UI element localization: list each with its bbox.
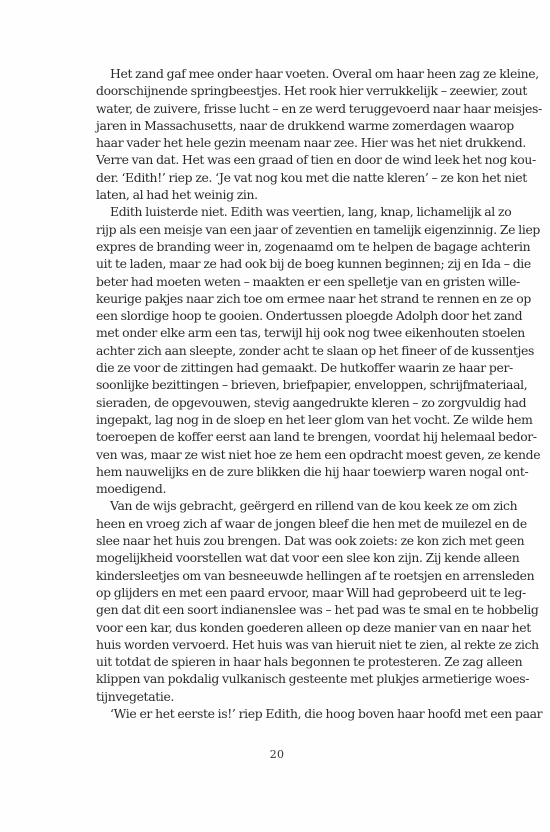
text-line: soonlijke bezittingen – brieven, briefpa… [96, 376, 472, 393]
text-line: jaren in Massachusetts, naar de drukkend… [96, 117, 472, 134]
text-line: doorschijnende springbeestjes. Het rook … [96, 82, 472, 99]
text-line: met onder elke arm een tas, terwijl hij … [96, 324, 472, 341]
text-line: haar vader het hele gezin meenam naar ze… [96, 134, 472, 151]
paragraph-4: ‘Wie er het eerste is!’ riep Edith, die … [96, 705, 472, 722]
body-text: Het zand gaf mee onder haar voeten. Over… [96, 65, 472, 722]
paragraph-1: Het zand gaf mee onder haar voeten. Over… [96, 65, 472, 203]
text-line: laten, al had het weinig zin. [96, 186, 472, 203]
text-line: huis worden vervoerd. Het huis was van h… [96, 636, 472, 653]
text-line: Verre van dat. Het was een graad of tien… [96, 151, 472, 168]
text-line: Van de wijs gebracht, geërgerd en rillen… [96, 497, 472, 514]
text-line: ‘Wie er het eerste is!’ riep Edith, die … [96, 705, 472, 722]
text-line: ven was, maar ze wist niet hoe ze hem ee… [96, 446, 472, 463]
paragraph-2: Edith luisterde niet. Edith was veertien… [96, 203, 472, 497]
text-line: der. ‘Edith!’ riep ze. ‘Je vat nog kou m… [96, 169, 472, 186]
text-line: expres de branding weer in, zogenaamd om… [96, 238, 472, 255]
text-line: mogelijkheid voorstellen wat dat voor ee… [96, 549, 472, 566]
text-line: achter zich aan sleepte, zonder acht te … [96, 342, 472, 359]
text-line: toeroepen de koffer eerst aan land te br… [96, 428, 472, 445]
text-line: klippen van pokdalig vulkanisch gesteent… [96, 670, 472, 687]
text-line: heen en vroeg zich af waar de jongen ble… [96, 515, 472, 532]
text-line: gen dat dit een soort indianenslee was –… [96, 601, 472, 618]
book-page: Het zand gaf mee onder haar voeten. Over… [0, 0, 550, 832]
text-line: ingepakt, lag nog in de sloep en het lee… [96, 411, 472, 428]
text-line: beter had moeten weten – maakten er een … [96, 273, 472, 290]
text-line: rijp als een meisje van een jaar of zeve… [96, 221, 472, 238]
text-line: uit te laden, maar ze had ook bij de boe… [96, 255, 472, 272]
text-line: kindersleetjes om van besneeuwde helling… [96, 567, 472, 584]
text-line: uit totdat de spieren in haar hals begon… [96, 653, 472, 670]
text-line: die ze voor de zittingen had gemaakt. De… [96, 359, 472, 376]
text-line: voor een kar, dus konden goederen alleen… [96, 619, 472, 636]
paragraph-3: Van de wijs gebracht, geërgerd en rillen… [96, 497, 472, 705]
text-line: slee naar het huis zou brengen. Dat was … [96, 532, 472, 549]
text-line: moedigend. [96, 480, 472, 497]
text-line: water, de zuivere, frisse lucht – en ze … [96, 100, 472, 117]
text-line: Edith luisterde niet. Edith was veertien… [96, 203, 472, 220]
text-line: keurige pakjes naar zich toe om ermee na… [96, 290, 472, 307]
text-line: Het zand gaf mee onder haar voeten. Over… [96, 65, 472, 82]
page-number: 20 [0, 748, 550, 761]
text-line: een slordige hoop te gooien. Ondertussen… [96, 307, 472, 324]
text-line: sieraden, de opgevouwen, stevig aangedru… [96, 394, 472, 411]
text-line: tijnvegetatie. [96, 688, 472, 705]
text-line: op glijders en met een paard ervoor, maa… [96, 584, 472, 601]
text-line: hem nauwelijks en de zure blikken die hi… [96, 463, 472, 480]
